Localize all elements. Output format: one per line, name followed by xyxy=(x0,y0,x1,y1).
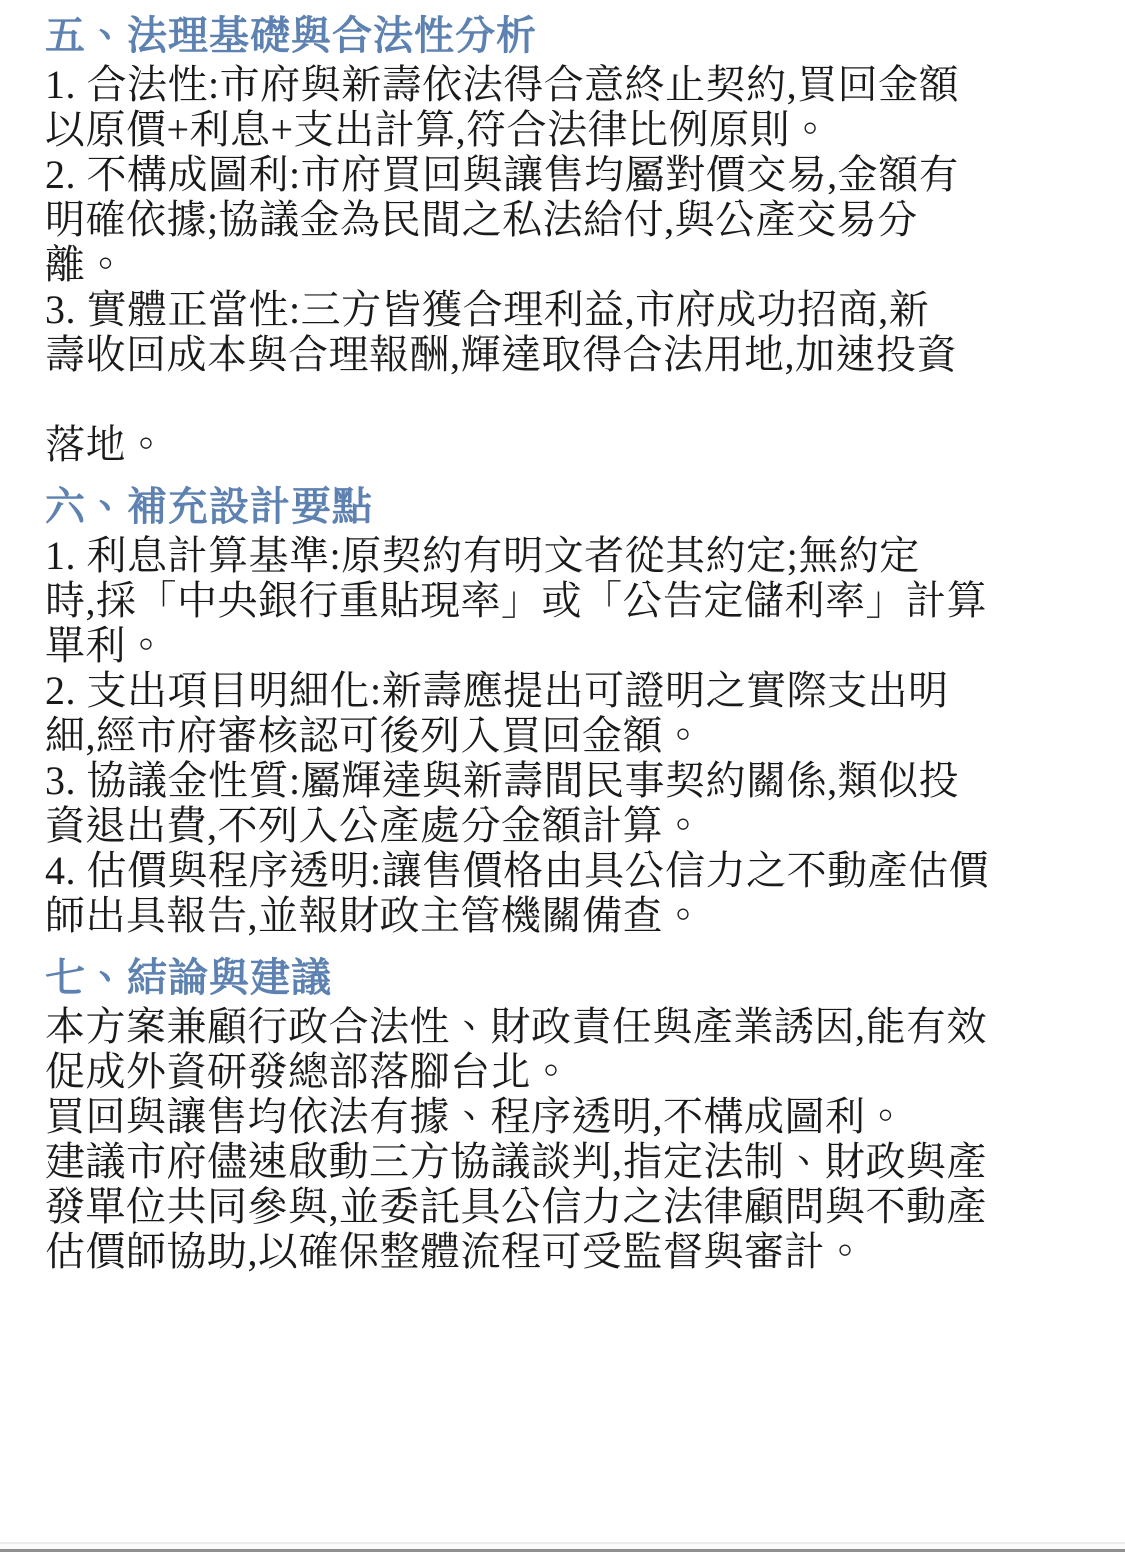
section-heading: 七、結論與建議 xyxy=(45,954,1070,1002)
paragraph: 本方案兼顧行政合法性、財政責任與產業誘因,能有效 促成外資研發總部落腳台北。 xyxy=(45,1004,1070,1094)
paragraph: 4. 估價與程序透明:讓售價格由具公信力之不動產估價 師出具報告,並報財政主管機… xyxy=(45,848,1070,938)
section-heading: 六、補充設計要點 xyxy=(45,483,1070,531)
section-design-points: 六、補充設計要點 1. 利息計算基準:原契約有明文者從其約定;無約定 時,採「中… xyxy=(45,483,1070,938)
section-conclusion: 七、結論與建議 本方案兼顧行政合法性、財政責任與產業誘因,能有效 促成外資研發總… xyxy=(45,954,1070,1274)
document-page: 五、法理基礎與合法性分析 1. 合法性:市府與新壽依法得合意終止契約,買回金額 … xyxy=(0,0,1125,1552)
section-legal-basis: 五、法理基礎與合法性分析 1. 合法性:市府與新壽依法得合意終止契約,買回金額 … xyxy=(45,12,1070,467)
paragraph: 2. 不構成圖利:市府買回與讓售均屬對價交易,金額有 明確依據;協議金為民間之私… xyxy=(45,152,1070,287)
paragraph: 3. 協議金性質:屬輝達與新壽間民事契約關係,類似投 資退出費,不列入公產處分金… xyxy=(45,758,1070,848)
paragraph: 1. 利息計算基準:原契約有明文者從其約定;無約定 時,採「中央銀行重貼現率」或… xyxy=(45,533,1070,668)
section-heading: 五、法理基礎與合法性分析 xyxy=(45,12,1070,60)
document-content: 五、法理基礎與合法性分析 1. 合法性:市府與新壽依法得合意終止契約,買回金額 … xyxy=(0,0,1125,1274)
paragraph: 1. 合法性:市府與新壽依法得合意終止契約,買回金額 以原價+利息+支出計算,符… xyxy=(45,62,1070,152)
paragraph: 買回與讓售均依法有據、程序透明,不構成圖利。 xyxy=(45,1094,1070,1139)
paragraph: 建議市府儘速啟動三方協議談判,指定法制、財政與產 發單位共同參與,並委託具公信力… xyxy=(45,1139,1070,1274)
paragraph: 3. 實體正當性:三方皆獲合理利益,市府成功招商,新 壽收回成本與合理報酬,輝達… xyxy=(45,287,1070,467)
paragraph: 2. 支出項目明細化:新壽應提出可證明之實際支出明 細,經市府審核認可後列入買回… xyxy=(45,668,1070,758)
footer-divider xyxy=(0,1542,1125,1549)
